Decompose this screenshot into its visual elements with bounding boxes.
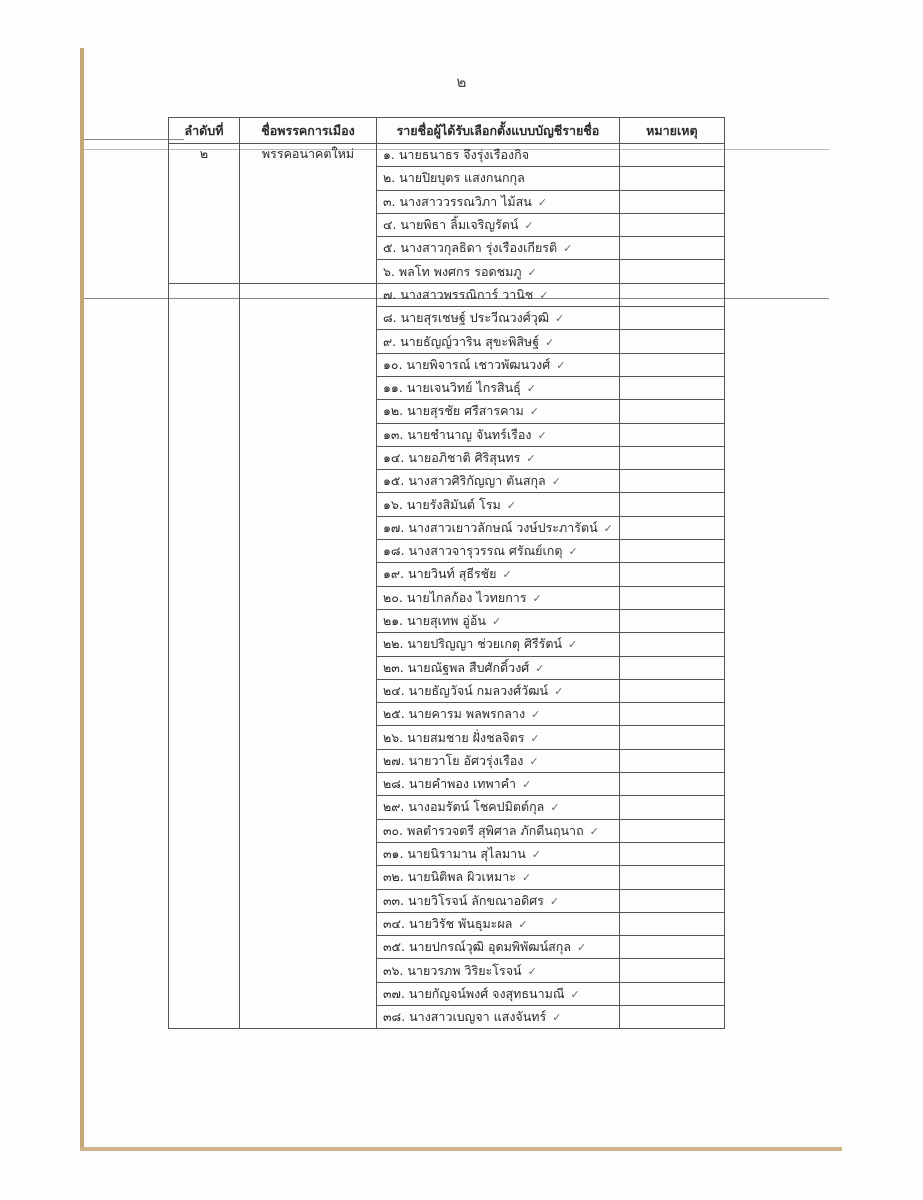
remarks-cell xyxy=(619,167,724,190)
check-mark-icon: ✓ xyxy=(550,801,559,814)
candidate-name: ๓. นางสาววรรณวิภา ไม้สน✓ xyxy=(377,190,620,213)
candidate-name: ๔. นายพิธา ลิ้มเจริญรัตน์✓ xyxy=(377,213,620,236)
table-header-row: ลำดับที่ ชื่อพรรคการเมือง รายชื่อผู้ได้ร… xyxy=(169,118,725,144)
remarks-cell xyxy=(619,982,724,1005)
remarks-cell xyxy=(619,912,724,935)
remarks-cell xyxy=(619,796,724,819)
party-cell-continued xyxy=(240,283,377,1029)
check-mark-icon: ✓ xyxy=(522,871,531,884)
candidate-name: ๑๕. นางสาวศิริกัญญา ตันสกุล✓ xyxy=(377,470,620,493)
candidate-name: ๓๐. พลตำรวจตรี สุพิศาล ภักดีนฤนาถ✓ xyxy=(377,819,620,842)
remarks-cell xyxy=(619,1005,724,1028)
candidate-name-text: ๓๒. นายนิติพล ผิวเหมาะ xyxy=(383,869,516,884)
check-mark-icon: ✓ xyxy=(532,848,541,861)
remarks-cell xyxy=(619,586,724,609)
page-edge-bottom xyxy=(80,1147,842,1151)
candidate-name-text: ๓๗. นายกัญจน์พงศ์ จงสุทธนามณี xyxy=(383,986,564,1001)
candidate-name: ๖. พลโท พงศกร รอดชมภู✓ xyxy=(377,260,620,283)
candidate-name: ๓๕. นายปกรณ์วุฒิ อุดมพิพัฒน์สกุล✓ xyxy=(377,936,620,959)
candidate-name-text: ๓๕. นายปกรณ์วุฒิ อุดมพิพัฒน์สกุล xyxy=(383,939,571,954)
order-cell: ๒ xyxy=(169,144,240,284)
candidate-name: ๓๔. นายวิรัช พันธุมะผล✓ xyxy=(377,912,620,935)
candidate-name: ๑๔. นายอภิชาติ ศิริสุนทร✓ xyxy=(377,446,620,469)
candidate-name-text: ๓๐. พลตำรวจตรี สุพิศาล ภักดีนฤนาถ xyxy=(383,823,584,838)
candidate-name-text: ๓๓. นายวิโรจน์ ลักขณาอดิศร xyxy=(383,893,544,908)
check-mark-icon: ✓ xyxy=(528,965,537,978)
candidate-name-text: ๑๔. นายอภิชาติ ศิริสุนทร xyxy=(383,450,520,465)
remarks-cell xyxy=(619,470,724,493)
candidate-name-text: ๖. พลโท พงศกร รอดชมภู xyxy=(383,264,522,279)
remarks-cell xyxy=(619,609,724,632)
candidate-name: ๒๙. นางอมรัตน์ โชคปมิตต์กุล✓ xyxy=(377,796,620,819)
remarks-cell xyxy=(619,866,724,889)
check-mark-icon: ✓ xyxy=(577,941,586,954)
candidate-name-text: ๑๕. นางสาวศิริกัญญา ตันสกุล xyxy=(383,473,546,488)
check-mark-icon: ✓ xyxy=(537,429,546,442)
candidate-name-text: ๓. นางสาววรรณวิภา ไม้สน xyxy=(383,194,532,209)
candidate-name-text: ๓๑. นายนิรามาน สุไลมาน xyxy=(383,846,526,861)
candidate-name: ๓๒. นายนิติพล ผิวเหมาะ✓ xyxy=(377,866,620,889)
candidate-name-text: ๒๓. นายณัฐพล สืบศักดิ์วงศ์ xyxy=(383,660,529,675)
remarks-cell xyxy=(619,726,724,749)
candidate-name-text: ๙. นายธัญญ์วาริน สุขะพิสิษฐ์ xyxy=(383,334,539,349)
candidate-name-text: ๒๔. นายธัญวัจน์ กมลวงศ์วัฒน์ xyxy=(383,683,548,698)
candidate-name-text: ๒๑. นายสุเทพ อู่อ้น xyxy=(383,613,486,628)
remarks-cell xyxy=(619,190,724,213)
candidate-name: ๒. นายปิยบุตร แสงกนกกุล xyxy=(377,167,620,190)
candidate-name: ๓๖. นายวรภพ วิริยะโรจน์✓ xyxy=(377,959,620,982)
candidate-name-text: ๘. นายสุรเชษฐ์ ประวีณวงศ์วุฒิ xyxy=(383,310,549,325)
candidate-name: ๒๔. นายธัญวัจน์ กมลวงศ์วัฒน์✓ xyxy=(377,679,620,702)
check-mark-icon: ✓ xyxy=(492,615,501,628)
remarks-cell xyxy=(619,540,724,563)
check-mark-icon: ✓ xyxy=(518,918,527,931)
remarks-cell xyxy=(619,283,724,306)
candidate-name-text: ๑๙. นายวินท์ สุธีรชัย xyxy=(383,566,496,581)
remarks-cell xyxy=(619,819,724,842)
party-cell: พรรคอนาคตใหม่ xyxy=(240,144,377,284)
remarks-cell xyxy=(619,749,724,772)
remarks-cell xyxy=(619,889,724,912)
candidate-name: ๑๑. นายเจนวิทย์ ไกรสินธุ์✓ xyxy=(377,376,620,399)
candidate-name: ๑๗. นางสาวเยาวลักษณ์ วงษ์ประภารัตน์✓ xyxy=(377,516,620,539)
candidate-name: ๓๑. นายนิรามาน สุไลมาน✓ xyxy=(377,842,620,865)
check-mark-icon: ✓ xyxy=(527,382,536,395)
candidate-name-text: ๓๖. นายวรภพ วิริยะโรจน์ xyxy=(383,963,522,978)
candidate-name-text: ๒๒. นายปริญญา ช่วยเกตุ ศิรีรัตน์ xyxy=(383,636,562,651)
order-cell-continued xyxy=(169,283,240,1029)
header-party: ชื่อพรรคการเมือง xyxy=(240,118,377,144)
candidate-name-text: ๕. นางสาวกุลธิดา รุ่งเรืองเกียรติ xyxy=(383,240,557,255)
table-row: ๒พรรคอนาคตใหม่๑. นายธนาธร จึงรุ่งเรืองกิ… xyxy=(169,144,725,167)
check-mark-icon: ✓ xyxy=(507,499,516,512)
remarks-cell xyxy=(619,260,724,283)
check-mark-icon: ✓ xyxy=(535,662,544,675)
candidate-name: ๒๕. นายคารม พลพรกลาง✓ xyxy=(377,703,620,726)
candidate-name-text: ๑๑. นายเจนวิทย์ ไกรสินธุ์ xyxy=(383,380,521,395)
check-mark-icon: ✓ xyxy=(502,568,511,581)
candidate-name: ๒๖. นายสมชาย ฝั่งชลจิตร✓ xyxy=(377,726,620,749)
check-mark-icon: ✓ xyxy=(563,242,572,255)
candidate-name-text: ๒๗. นายวาโย อัศวรุ่งเรือง xyxy=(383,753,523,768)
candidate-name: ๒๓. นายณัฐพล สืบศักดิ์วงศ์✓ xyxy=(377,656,620,679)
candidate-name: ๓๗. นายกัญจน์พงศ์ จงสุทธนามณี✓ xyxy=(377,982,620,1005)
remarks-cell xyxy=(619,446,724,469)
elected-list-table: ลำดับที่ ชื่อพรรคการเมือง รายชื่อผู้ได้ร… xyxy=(168,117,725,1029)
candidate-name-text: ๒๘. นายคำพอง เทพาคำ xyxy=(383,776,516,791)
candidate-name: ๓๓. นายวิโรจน์ ลักขณาอดิศร✓ xyxy=(377,889,620,912)
remarks-cell xyxy=(619,376,724,399)
candidate-name-text: ๒. นายปิยบุตร แสงกนกกุล xyxy=(383,170,525,185)
page-edge-left xyxy=(80,48,84,1150)
remarks-cell xyxy=(619,679,724,702)
check-mark-icon: ✓ xyxy=(556,359,565,372)
candidate-name: ๘. นายสุรเชษฐ์ ประวีณวงศ์วุฒิ✓ xyxy=(377,307,620,330)
check-mark-icon: ✓ xyxy=(522,778,531,791)
remarks-cell xyxy=(619,959,724,982)
remarks-cell xyxy=(619,330,724,353)
remarks-cell xyxy=(619,237,724,260)
check-mark-icon: ✓ xyxy=(530,732,539,745)
remarks-cell xyxy=(619,936,724,959)
candidate-name-text: ๑๖. นายรังสิมันต์ โรม xyxy=(383,497,501,512)
check-mark-icon: ✓ xyxy=(604,522,613,535)
candidate-name: ๑. นายธนาธร จึงรุ่งเรืองกิจ xyxy=(377,144,620,167)
remarks-cell xyxy=(619,493,724,516)
candidate-name-text: ๒๕. นายคารม พลพรกลาง xyxy=(383,706,525,721)
candidate-name: ๙. นายธัญญ์วาริน สุขะพิสิษฐ์✓ xyxy=(377,330,620,353)
remarks-cell xyxy=(619,353,724,376)
check-mark-icon: ✓ xyxy=(552,475,561,488)
check-mark-icon: ✓ xyxy=(590,825,599,838)
check-mark-icon: ✓ xyxy=(524,219,533,232)
candidate-name-text: ๔. นายพิธา ลิ้มเจริญรัตน์ xyxy=(383,217,518,232)
check-mark-icon: ✓ xyxy=(552,1011,561,1024)
candidate-name: ๑๙. นายวินท์ สุธีรชัย✓ xyxy=(377,563,620,586)
remarks-cell xyxy=(619,773,724,796)
candidate-name: ๑๐. นายพิจารณ์ เชาวพัฒนวงศ์✓ xyxy=(377,353,620,376)
candidate-name-text: ๑. นายธนาธร จึงรุ่งเรืองกิจ xyxy=(383,147,529,162)
candidate-name-text: ๓๔. นายวิรัช พันธุมะผล xyxy=(383,916,512,931)
candidate-name-text: ๑๓. นายชำนาญ จันทร์เรือง xyxy=(383,427,531,442)
remarks-cell xyxy=(619,516,724,539)
header-remarks: หมายเหตุ xyxy=(619,118,724,144)
candidate-name: ๒๘. นายคำพอง เทพาคำ✓ xyxy=(377,773,620,796)
candidate-name-text: ๑๗. นางสาวเยาวลักษณ์ วงษ์ประภารัตน์ xyxy=(383,520,598,535)
page-number: ๒ xyxy=(0,70,923,94)
check-mark-icon: ✓ xyxy=(570,988,579,1001)
candidate-name-text: ๒๖. นายสมชาย ฝั่งชลจิตร xyxy=(383,730,524,745)
check-mark-icon: ✓ xyxy=(526,452,535,465)
remarks-cell xyxy=(619,656,724,679)
check-mark-icon: ✓ xyxy=(568,545,577,558)
check-mark-icon: ✓ xyxy=(528,266,537,279)
check-mark-icon: ✓ xyxy=(568,638,577,651)
check-mark-icon: ✓ xyxy=(530,405,539,418)
candidate-name: ๑๓. นายชำนาญ จันทร์เรือง✓ xyxy=(377,423,620,446)
remarks-cell xyxy=(619,144,724,167)
remarks-cell xyxy=(619,842,724,865)
candidate-name-text: ๑๒. นายสุรชัย ศรีสารคาม xyxy=(383,403,524,418)
candidate-name: ๓๘. นางสาวเบญจา แสงจันทร์✓ xyxy=(377,1005,620,1028)
remarks-cell xyxy=(619,307,724,330)
remarks-cell xyxy=(619,633,724,656)
check-mark-icon: ✓ xyxy=(555,312,564,325)
candidate-name: ๑๖. นายรังสิมันต์ โรม✓ xyxy=(377,493,620,516)
candidate-name: ๑๒. นายสุรชัย ศรีสารคาม✓ xyxy=(377,400,620,423)
check-mark-icon: ✓ xyxy=(545,336,554,349)
remarks-cell xyxy=(619,703,724,726)
remarks-cell xyxy=(619,563,724,586)
candidate-name: ๒๒. นายปริญญา ช่วยเกตุ ศิรีรัตน์✓ xyxy=(377,633,620,656)
candidate-name: ๕. นางสาวกุลธิดา รุ่งเรืองเกียรติ✓ xyxy=(377,237,620,260)
check-mark-icon: ✓ xyxy=(538,196,547,209)
header-order: ลำดับที่ xyxy=(169,118,240,144)
remarks-cell xyxy=(619,213,724,236)
check-mark-icon: ✓ xyxy=(531,708,540,721)
check-mark-icon: ✓ xyxy=(529,755,538,768)
candidate-name-text: ๗. นางสาวพรรณิการ์ วานิช xyxy=(383,287,533,302)
remarks-cell xyxy=(619,423,724,446)
candidate-name-text: ๑๘. นางสาวจารุวรรณ ศรัณย์เกตุ xyxy=(383,543,562,558)
remarks-cell xyxy=(619,400,724,423)
candidate-name-text: ๒๐. นายไกลก้อง ไวทยการ xyxy=(383,590,527,605)
check-mark-icon: ✓ xyxy=(554,685,563,698)
header-names: รายชื่อผู้ได้รับเลือกตั้งแบบบัญชีรายชื่อ xyxy=(377,118,620,144)
check-mark-icon: ✓ xyxy=(533,592,542,605)
candidate-name: ๑๘. นางสาวจารุวรรณ ศรัณย์เกตุ✓ xyxy=(377,540,620,563)
candidate-name: ๒๗. นายวาโย อัศวรุ่งเรือง✓ xyxy=(377,749,620,772)
candidate-name: ๒๐. นายไกลก้อง ไวทยการ✓ xyxy=(377,586,620,609)
candidate-name-text: ๑๐. นายพิจารณ์ เชาวพัฒนวงศ์ xyxy=(383,357,550,372)
candidate-name-text: ๓๘. นางสาวเบญจา แสงจันทร์ xyxy=(383,1009,546,1024)
candidate-name-text: ๒๙. นางอมรัตน์ โชคปมิตต์กุล xyxy=(383,799,544,814)
table-row: ๗. นางสาวพรรณิการ์ วานิช✓ xyxy=(169,283,725,306)
check-mark-icon: ✓ xyxy=(539,289,548,302)
candidate-name: ๒๑. นายสุเทพ อู่อ้น✓ xyxy=(377,609,620,632)
candidate-name: ๗. นางสาวพรรณิการ์ วานิช✓ xyxy=(377,283,620,306)
check-mark-icon: ✓ xyxy=(550,895,559,908)
